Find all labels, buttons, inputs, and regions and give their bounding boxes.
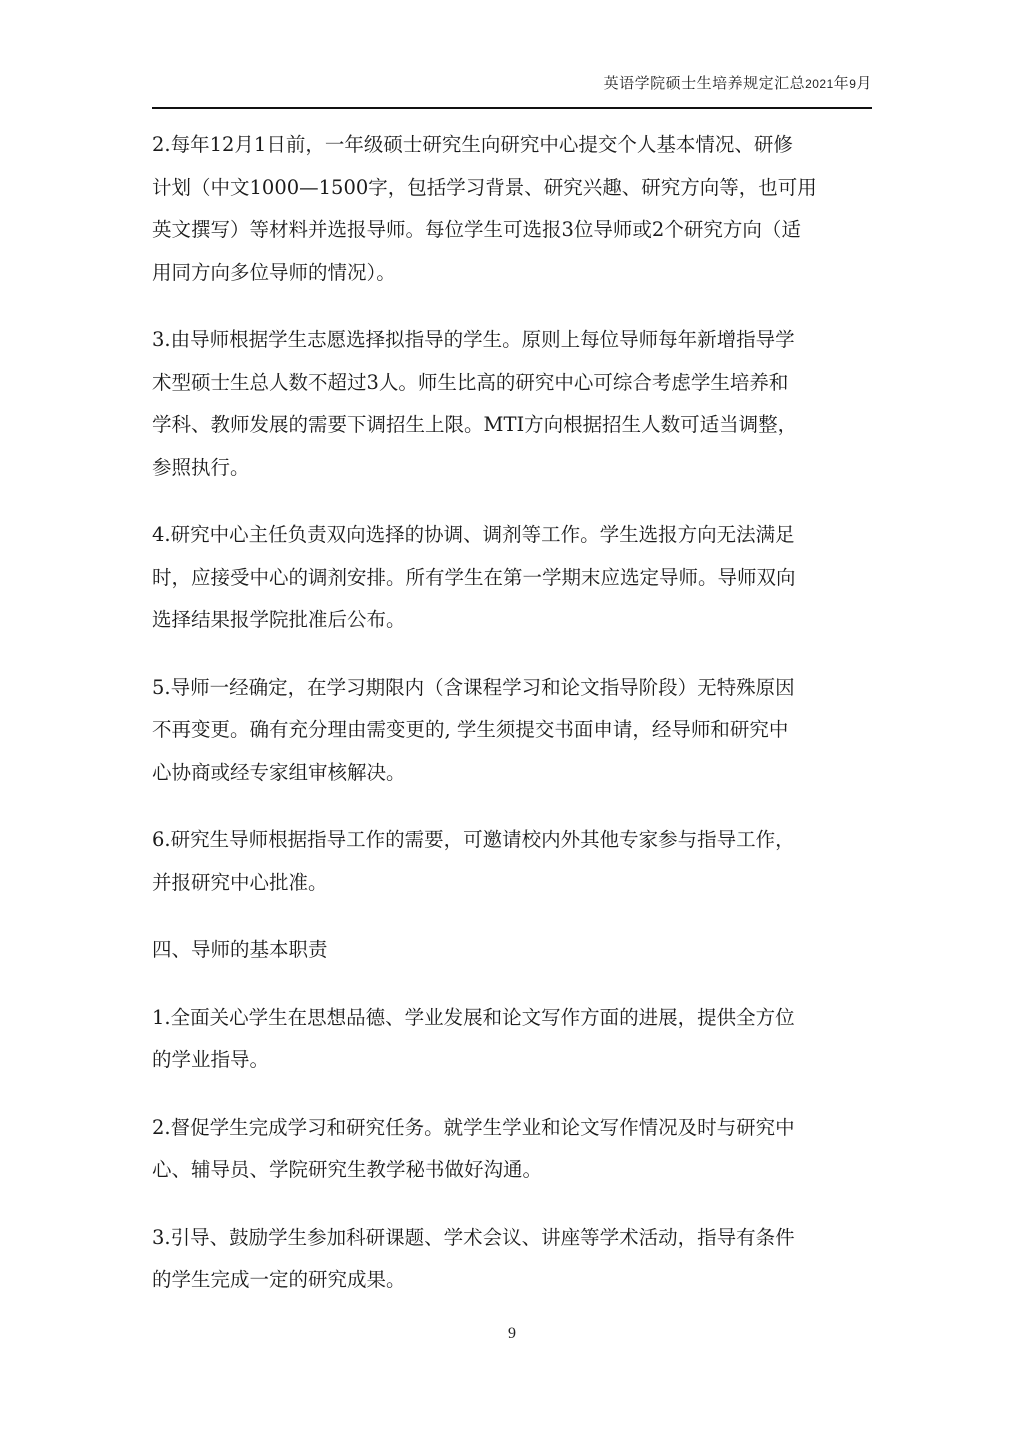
document-body: 2.每年12月1日前，一年级硕士研究生向研究中心提交个人基本情况、研修 计划（中… xyxy=(152,124,872,1327)
text-line: 选择结果报学院批准后公布。 xyxy=(152,599,872,642)
section-heading: 四、导师的基本职责 xyxy=(152,929,872,972)
text-line: 2.每年12月1日前，一年级硕士研究生向研究中心提交个人基本情况、研修 xyxy=(152,124,872,167)
header-month-suffix: 月 xyxy=(856,74,872,92)
duty-item-1: 1.全面关心学生在思想品德、学业发展和论文写作方面的进展，提供全方位 的学业指导… xyxy=(152,997,872,1082)
text-line: 心协商或经专家组审核解决。 xyxy=(152,752,872,795)
text-line: 并报研究中心批准。 xyxy=(152,862,872,905)
paragraph-item-3: 3.由导师根据学生志愿选择拟指导的学生。原则上每位导师每年新增指导学 术型硕士生… xyxy=(152,319,872,489)
text-line: 参照执行。 xyxy=(152,447,872,490)
header-year: 2021 xyxy=(805,77,834,91)
text-line: 6.研究生导师根据指导工作的需要，可邀请校内外其他专家参与指导工作， xyxy=(152,819,872,862)
text-line: 3.引导、鼓励学生参加科研课题、学术会议、讲座等学术活动，指导有条件 xyxy=(152,1217,872,1260)
page-number: 9 xyxy=(0,1325,1024,1343)
text-line: 术型硕士生总人数不超过3人。师生比高的研究中心可综合考虑学生培养和 xyxy=(152,362,872,405)
text-line: 用同方向多位导师的情况）。 xyxy=(152,252,872,295)
paragraph-item-2: 2.每年12月1日前，一年级硕士研究生向研究中心提交个人基本情况、研修 计划（中… xyxy=(152,124,872,294)
paragraph-item-4: 4.研究中心主任负责双向选择的协调、调剂等工作。学生选报方向无法满足 时，应接受… xyxy=(152,514,872,642)
paragraph-item-5: 5.导师一经确定，在学习期限内（含课程学习和论文指导阶段）无特殊原因 不再变更。… xyxy=(152,667,872,795)
text-line: 的学生完成一定的研究成果。 xyxy=(152,1259,872,1302)
text-line: 计划（中文1000—1500字，包括学习背景、研究兴趣、研究方向等，也可用 xyxy=(152,167,872,210)
running-header: 英语学院硕士生培养规定汇总2021年9月 xyxy=(604,72,872,93)
text-line: 2.督促学生完成学习和研究任务。就学生学业和论文写作情况及时与研究中 xyxy=(152,1107,872,1150)
text-line: 的学业指导。 xyxy=(152,1039,872,1082)
text-line: 英文撰写）等材料并选报导师。每位学生可选报3位导师或2个研究方向（适 xyxy=(152,209,872,252)
document-page: 英语学院硕士生培养规定汇总2021年9月 2.每年12月1日前，一年级硕士研究生… xyxy=(0,0,1024,1447)
text-line: 不再变更。确有充分理由需变更的, 学生须提交书面申请，经导师和研究中 xyxy=(152,709,872,752)
text-line: 1.全面关心学生在思想品德、学业发展和论文写作方面的进展，提供全方位 xyxy=(152,997,872,1040)
text-line: 4.研究中心主任负责双向选择的协调、调剂等工作。学生选报方向无法满足 xyxy=(152,514,872,557)
duty-item-2: 2.督促学生完成学习和研究任务。就学生学业和论文写作情况及时与研究中 心、辅导员… xyxy=(152,1107,872,1192)
header-year-suffix: 年 xyxy=(834,74,850,92)
duty-item-3: 3.引导、鼓励学生参加科研课题、学术会议、讲座等学术活动，指导有条件 的学生完成… xyxy=(152,1217,872,1302)
text-line: 3.由导师根据学生志愿选择拟指导的学生。原则上每位导师每年新增指导学 xyxy=(152,319,872,362)
header-title: 英语学院硕士生培养规定汇总 xyxy=(604,74,806,92)
text-line: 心、辅导员、学院研究生教学秘书做好沟通。 xyxy=(152,1149,872,1192)
text-line: 时，应接受中心的调剂安排。所有学生在第一学期末应选定导师。导师双向 xyxy=(152,557,872,600)
paragraph-item-6: 6.研究生导师根据指导工作的需要，可邀请校内外其他专家参与指导工作， 并报研究中… xyxy=(152,819,872,904)
text-line: 学科、教师发展的需要下调招生上限。MTI方向根据招生人数可适当调整， xyxy=(152,404,872,447)
header-divider xyxy=(152,107,872,109)
text-line: 5.导师一经确定，在学习期限内（含课程学习和论文指导阶段）无特殊原因 xyxy=(152,667,872,710)
